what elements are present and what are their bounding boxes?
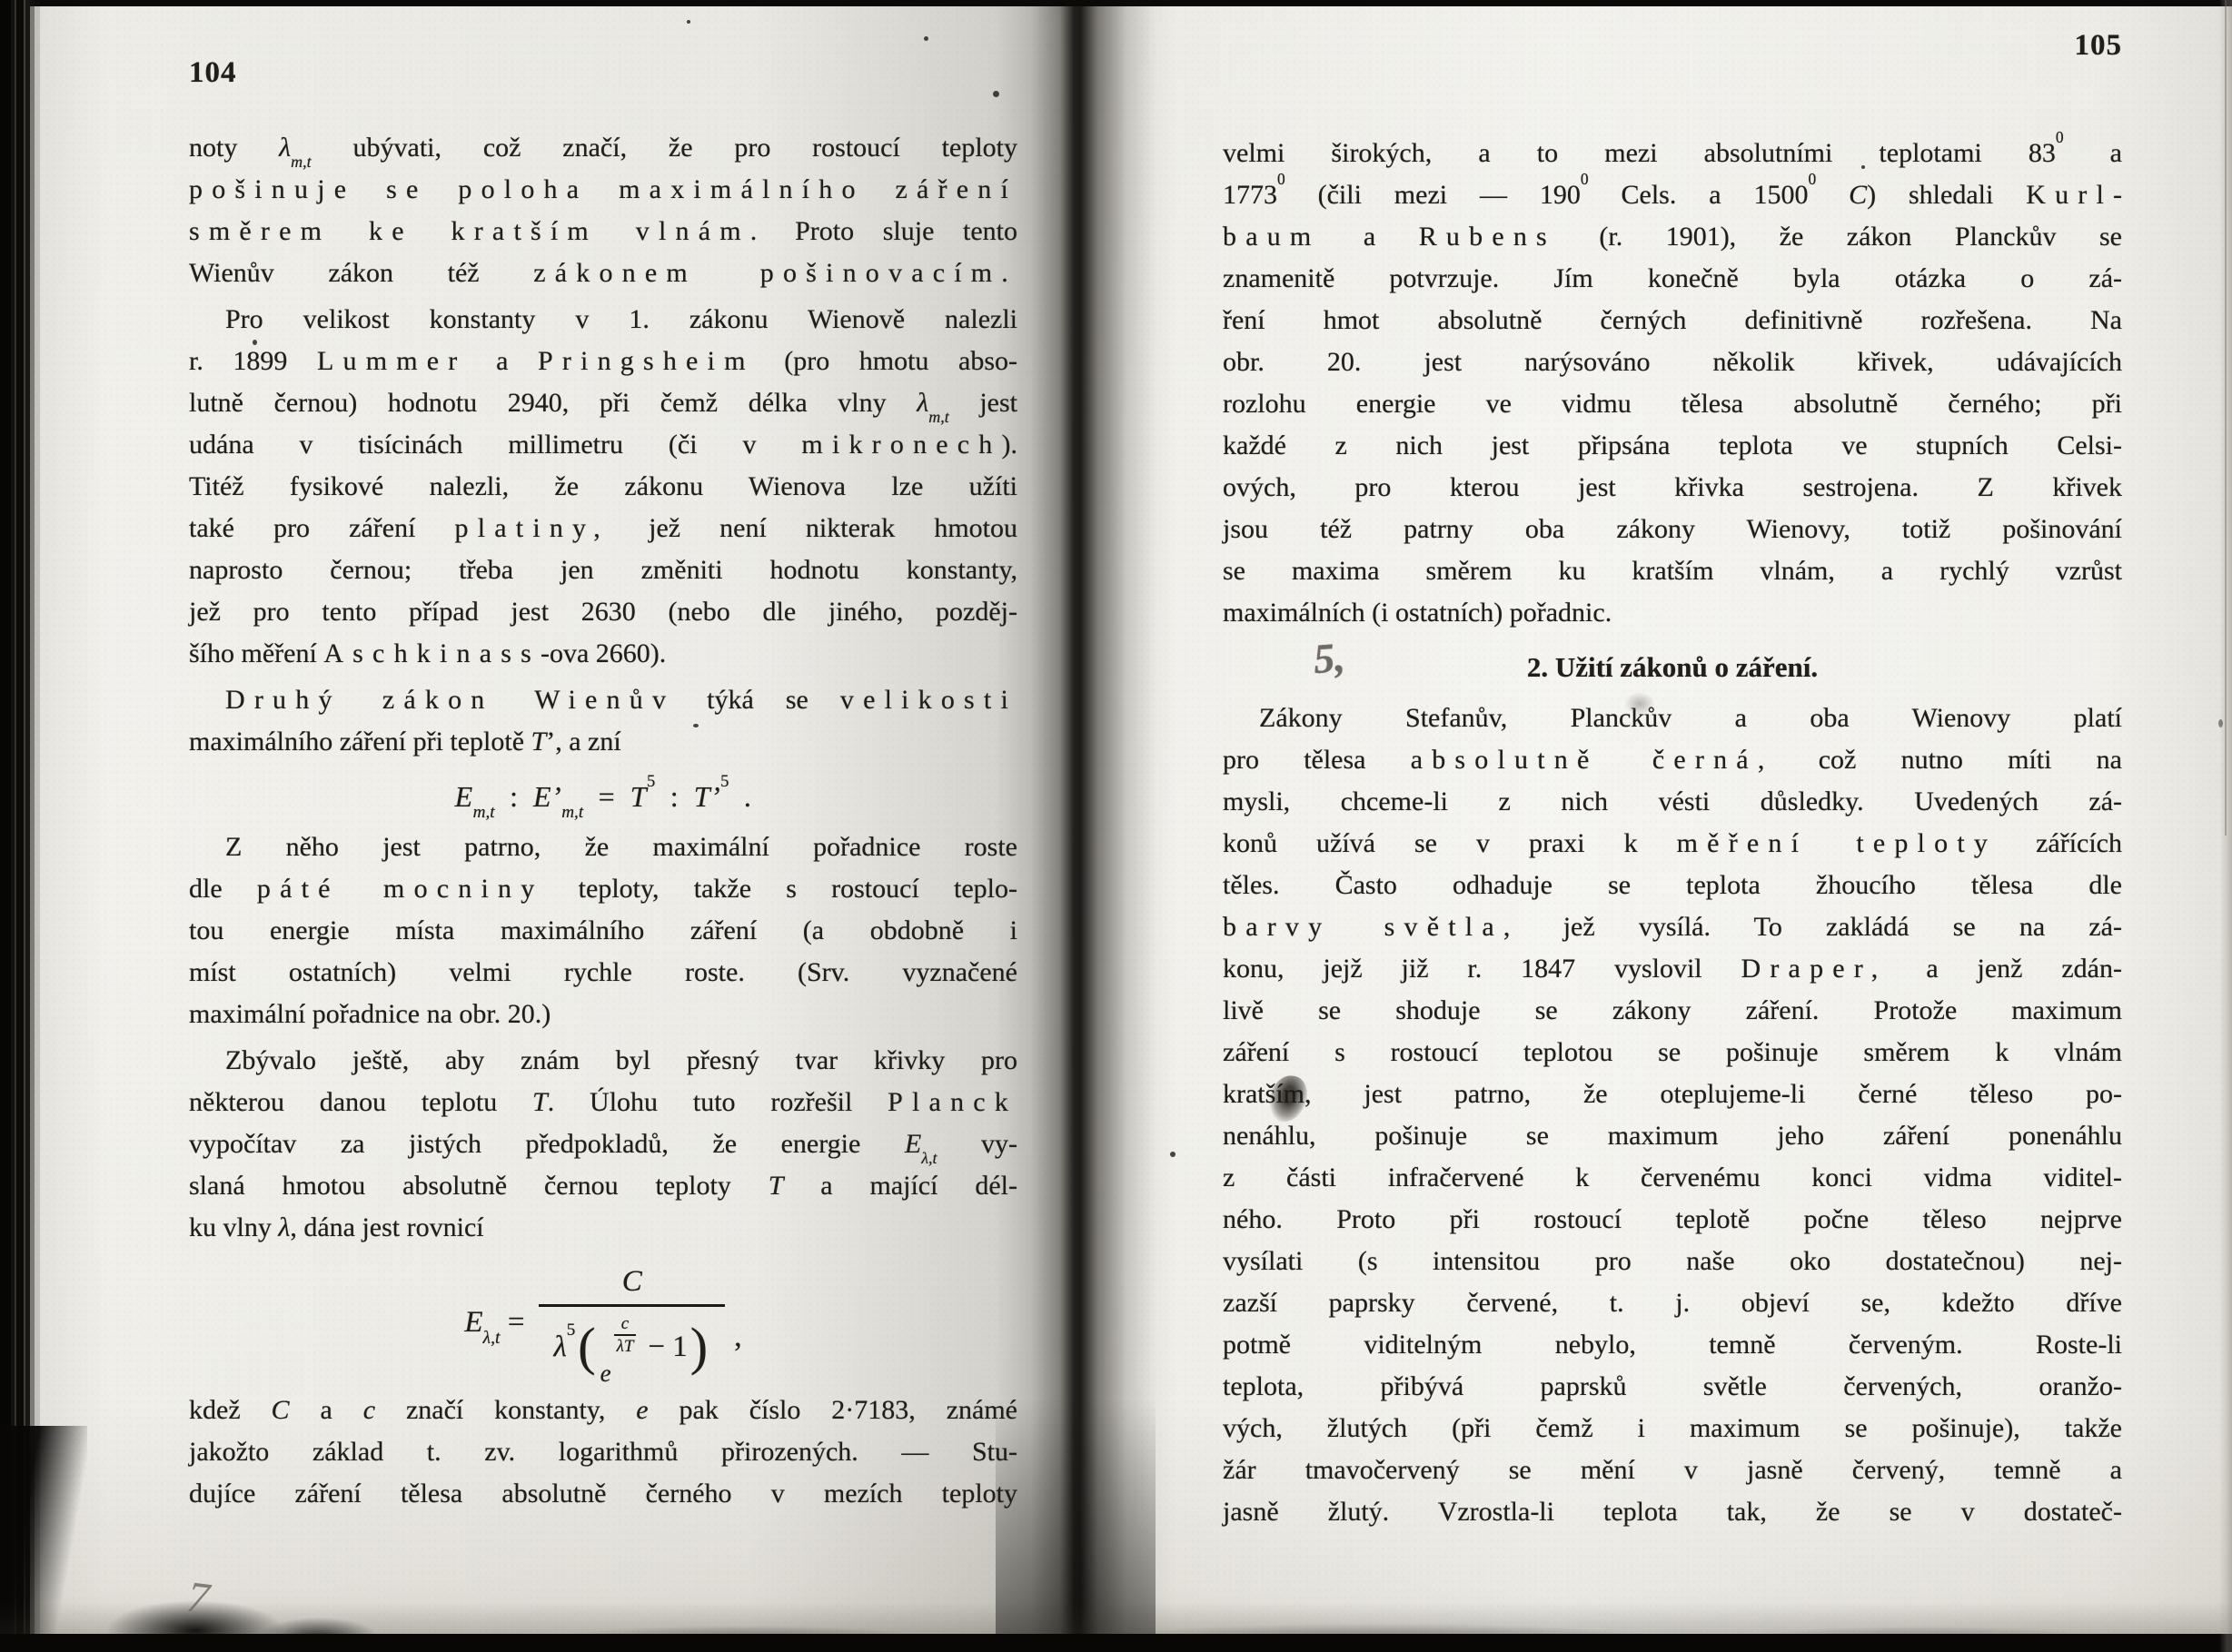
ink-speck [253,340,257,345]
text-line: velmi širokých, a to mezi absolutními te… [1223,133,2122,174]
text-line: jež pro tento případ jest 2630 (nebo dle… [189,591,1017,633]
equation-fraction: C λ5 ( e c λT − 1 ) [539,1265,725,1380]
text-line: Zbývalo ještě, aby znám byl přesný tvar … [189,1040,1017,1082]
text-line: ného. Proto při rostoucí teplotě počne t… [1223,1199,2122,1241]
left-page: 104 noty λm,t ubývati, což značí, že pro… [189,54,1017,1515]
text-line: Titéž fysikové nalezli, že zákonu Wienov… [189,466,1017,508]
text-line: vých, žlutých (při čemž i maximum se poš… [1223,1408,2122,1449]
lambda-power: λ5 [553,1331,575,1364]
text-line: Pro velikost konstanty v 1. zákonu Wieno… [189,299,1017,341]
text-line: Wienův zákon též zákonem pošinovacím. [189,252,1017,294]
book-gutter-shadow [996,0,1156,1652]
text-line: znamenitě potvrzuje. Jím konečně byla ot… [1223,258,2122,300]
gray-smudge [1624,692,1655,716]
text-line: Zákony Stefanův, Planckův a oba Wienovy … [1223,697,2122,739]
text-line: potmě viditelným nebylo, temně červeným.… [1223,1324,2122,1366]
text-line: noty λm,t ubývati, což značí, že pro ros… [189,127,1017,169]
text-line: livě se shoduje se zákony záření. Protož… [1223,990,2122,1032]
text-line: z části infračervené k červenému konci v… [1223,1157,2122,1199]
text-line: směrem ke kratším vlnám. Proto sluje ten… [189,211,1017,252]
text-line: barvy světla, jež vysílá. To zakládá se … [1223,906,2122,948]
section-heading: 5, 2. Užití zákonů o záření. [1223,647,2122,688]
text-line: konů užívá se v praxi k měření teploty z… [1223,823,2122,865]
text-line: baum a Rubens (r. 1901), že zákon Planck… [1223,216,2122,258]
equation-comma: , [734,1320,742,1354]
exponential-term: e c λT [600,1314,640,1380]
equation-text: Em,t : E’m,t = T5 : T’5 . [455,780,752,813]
text-line: dujíce záření tělesa absolutně černého v… [189,1473,1017,1515]
scan-edge-top [0,0,2232,6]
text-line: šího měření Aschkinass-ova 2660). [189,633,1017,675]
text-line: Z něho jest patrno, že maximální pořadni… [189,826,1017,868]
section-heading-text: 2. Užití zákonů o záření. [1527,651,1818,683]
text-line: maximálních (i ostatních) pořadnic. [1223,592,2122,634]
text-line: kdež C a c značí konstanty, e pak číslo … [189,1390,1017,1431]
paragraph: Zbývalo ještě, aby znám byl přesný tvar … [189,1040,1017,1249]
paragraph: Z něho jest patrno, že maximální pořadni… [189,826,1017,1035]
page-edge-right-line [2225,0,2227,836]
text-line: ku vlny λ, dána jest rovnicí [189,1207,1017,1249]
exponent-fraction: c λT [614,1314,637,1357]
text-line: naprosto černou; třeba jen změniti hodno… [189,549,1017,591]
text-line: konu, jejž již r. 1847 vyslovil Draper, … [1223,948,2122,990]
text-line: jsou též patrny oba zákony Wienovy, toti… [1223,509,2122,550]
text-line: žár tmavočervený se mění v jasně červený… [1223,1449,2122,1491]
text-line: obr. 20. jest narýsováno několik křivek,… [1223,341,2122,383]
text-line: Druhý zákon Wienův týká se velikosti [189,679,1017,721]
exponent-numerator: c [621,1314,629,1334]
text-line: maximální pořadnice na obr. 20.) [189,994,1017,1035]
text-line: maximálního záření při teplotě T’, a zní [189,721,1017,763]
text-line: dle páté mocniny teploty, takže s rostou… [189,868,1017,910]
text-line: nenáhlu, pošinuje se maximum jeho záření… [1223,1115,2122,1157]
wien-second-law-equation: Em,t : E’m,t = T5 : T’5 . [189,774,1017,819]
text-line: mysli, chceme-li z nich vésti důsledky. … [1223,781,2122,823]
text-line: pro tělesa absolutně černá, což nutno mí… [1223,739,2122,781]
minus-one: − 1 [648,1331,687,1364]
text-line: také pro záření platiny, jež není nikter… [189,508,1017,549]
exponent-denominator: λT [614,1334,637,1357]
paragraph: kdež C a c značí konstanty, e pak číslo … [189,1390,1017,1515]
text-line: některou danou teplotu T. Úlohu tuto roz… [189,1082,1017,1123]
text-line: lutně černou) hodnotu 2940, při čemž dél… [189,382,1017,424]
paragraph: velmi širokých, a to mezi absolutními te… [1223,133,2122,634]
book-scan: 104 noty λm,t ubývati, což značí, že pro… [0,0,2232,1652]
text-line: udána v tisícinách millimetru (či v mikr… [189,424,1017,466]
right-page: 105 velmi širokých, a to mezi absolutním… [1223,27,2122,1533]
euler-e: e [600,1360,611,1388]
ink-speck [687,20,690,24]
text-line: záření s rostoucí teplotou se pošinuje s… [1223,1032,2122,1073]
equation-lhs: Eλ,t = [464,1306,524,1340]
text-line: r. 1899 Lummer a Pringsheim (pro hmotu a… [189,341,1017,382]
ink-speck [1170,1152,1176,1157]
paragraph: Pro velikost konstanty v 1. zákonu Wieno… [189,299,1017,675]
text-line: kratším, jest patrno, že oteplujeme-li č… [1223,1073,2122,1115]
text-line: míst ostatních) velmi rychle roste. (Srv… [189,952,1017,994]
text-line: zazší paprsky červené, t. j. objeví se, … [1223,1282,2122,1324]
text-line: tou energie místa maximálního záření (a … [189,910,1017,952]
text-line: se maxima směrem ku kratším vlnám, a ryc… [1223,550,2122,592]
paragraph: noty λm,t ubývati, což značí, že pro ros… [189,127,1017,294]
text-line: ových, pro kterou jest křivka sestrojena… [1223,467,2122,509]
scan-edge-bottom [0,1634,2232,1652]
text-line: ření hmot absolutně černých definitivně … [1223,300,2122,341]
ink-speck [693,724,699,727]
ink-speck [993,91,999,97]
book-edge-left [0,0,42,1652]
ink-speck [1861,165,1865,169]
text-line: každé z nich jest připsána teplota ve st… [1223,425,2122,467]
text-line: vysílati (s intensitou pro naše oko dost… [1223,1241,2122,1282]
paragraph: Druhý zákon Wienův týká se velikostimaxi… [189,679,1017,763]
right-page-text: velmi širokých, a to mezi absolutními te… [1223,133,2122,1533]
fraction-denominator: λ5 ( e c λT − 1 ) [539,1304,725,1380]
ink-speck [924,36,928,41]
text-line: teplota, přibývá paprsků světle červenýc… [1223,1366,2122,1408]
text-line: rozlohu energie ve vidmu tělesa absolutn… [1223,383,2122,425]
text-line: jasně žlutý. Vzrostla-li teplota tak, že… [1223,1491,2122,1533]
text-line: jakožto základ t. zv. logarithmů přiroze… [189,1431,1017,1473]
text-line: těles. Často odhaduje se teplota žhoucíh… [1223,865,2122,906]
text-line: vypočítav za jistých předpokladů, že ene… [189,1123,1017,1165]
paragraph: Zákony Stefanův, Planckův a oba Wienovy … [1223,697,2122,1533]
left-page-text: noty λm,t ubývati, což značí, že pro ros… [189,127,1017,1515]
page-number: 104 [189,54,1017,91]
page-number: 105 [1223,27,2122,64]
planck-equation: Eλ,t = C λ5 ( e c λT − 1 [189,1265,1017,1380]
bottom-smudge [0,1555,2232,1641]
pencil-annotation: 5, [1312,637,1346,680]
text-line: pošinuje se poloha maximálního záření [189,169,1017,211]
fraction-numerator: C [615,1265,650,1304]
text-line: 17730 (čili mezi — 1900 Cels. a 15000 C)… [1223,174,2122,216]
ink-speck [2218,719,2223,727]
text-line: slaná hmotou absolutně černou teploty T … [189,1165,1017,1207]
